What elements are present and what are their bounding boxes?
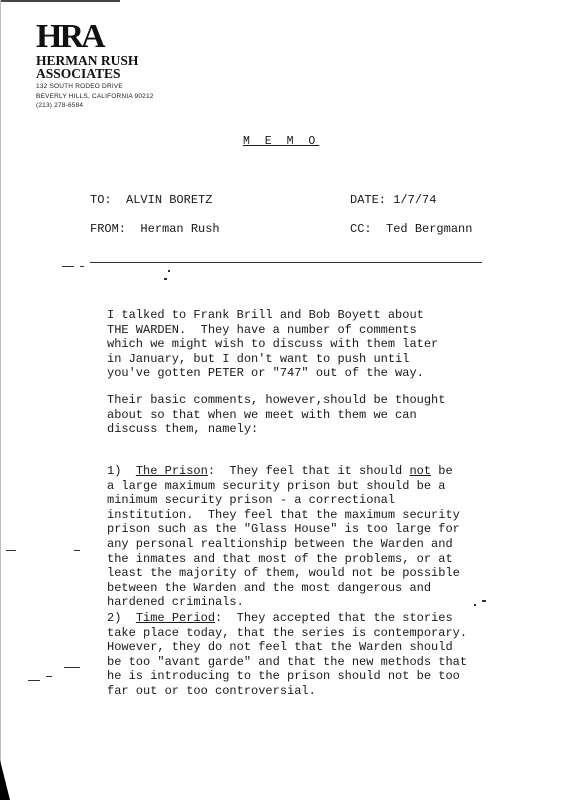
company-logo: HRA [36,22,103,52]
scan-mark [46,676,52,677]
to-field: TO: ALVIN BORETZ [90,193,212,207]
scan-mark [80,266,84,267]
memo-title: M E M O [243,135,319,148]
paragraph: I talked to Frank Brill and Bob Boyett a… [107,308,527,381]
list-item-time-period-text: take place today, that the series is con… [107,626,527,699]
company-phone: (213) 278-6584 [36,101,154,111]
scan-mark [474,604,476,606]
scan-edge-mark [0,0,120,2]
scan-edge-mark [0,760,10,800]
paragraph: Their basic comments, however,should be … [107,393,527,437]
scan-mark [6,550,16,551]
scan-mark [482,600,486,602]
scan-mark [62,266,74,267]
scan-mark [64,667,80,668]
scan-mark [28,680,40,681]
header-divider [90,262,482,263]
list-item-heading: Time Period [136,611,215,625]
scan-mark [74,550,80,551]
scan-left-edge [0,0,1,800]
company-address: 132 SOUTH RODEO DRIVE BEVERLY HILLS, CAL… [36,82,154,111]
scan-mark [168,270,170,272]
list-item-heading: The Prison [136,464,208,478]
date-field: DATE: 1/7/74 [350,193,436,207]
company-name: HERMAN RUSH ASSOCIATES [36,54,138,80]
list-item-time-period: 2) Time Period: They accepted that the s… [107,611,527,626]
cc-field: CC: Ted Bergmann [350,222,472,236]
scan-mark [164,278,167,280]
list-item-prison: 1) The Prison: They feel that it should … [107,464,527,479]
list-item-prison-text: a large maximum security prison but shou… [107,479,527,610]
from-field: FROM: Herman Rush [90,222,220,236]
